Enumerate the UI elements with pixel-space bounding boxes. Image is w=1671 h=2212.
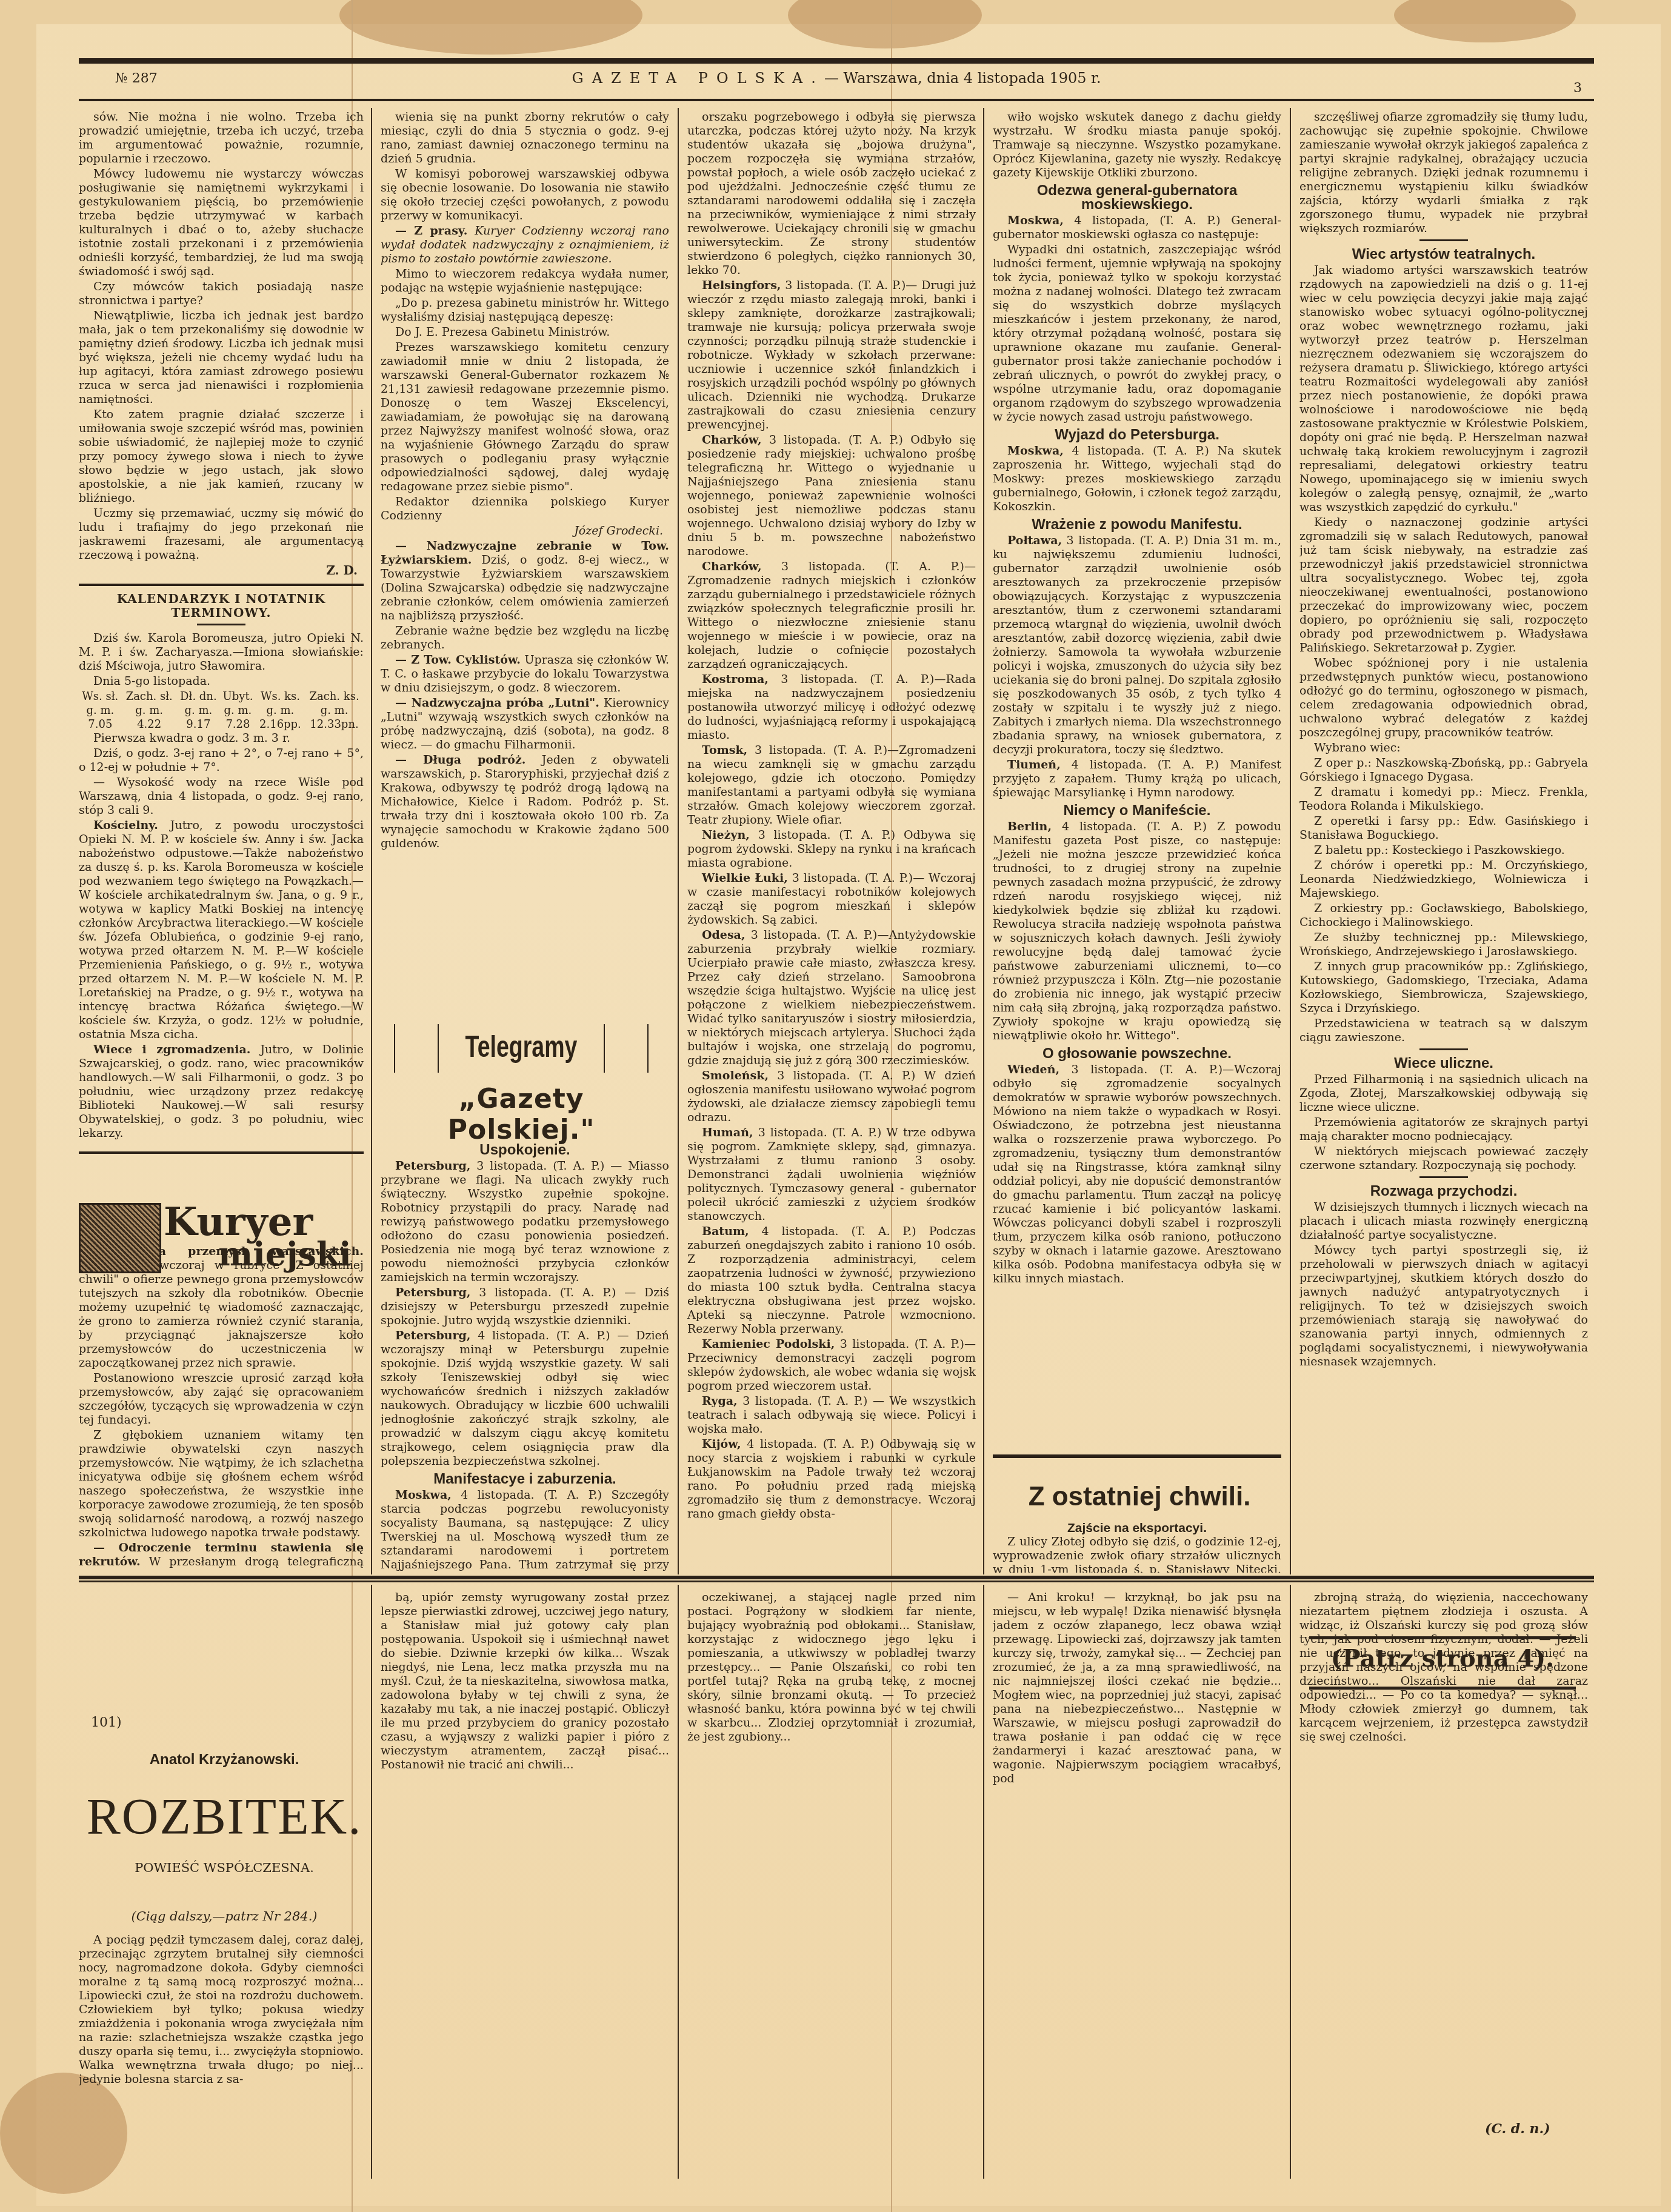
paragraph: Z baletu pp.: Kosteckiego i Paszkowskieg… <box>1299 844 1588 858</box>
section-heading: Rozwaga przychodzi. <box>1299 1184 1588 1198</box>
paragraph: W komisyi poborowej warszawskiej odbywa … <box>381 167 669 223</box>
telegram-item: Petersburg, 3 listopada. (T. A. P.) — Mi… <box>381 1159 669 1285</box>
feuilleton-col-3: oczekiwanej, a stającej nagle przed nim … <box>687 1591 976 2176</box>
press-item: — Z prasy. Kuryer Codzienny wczoraj rano… <box>381 224 669 266</box>
paragraph: Uczmy się przemawiać, uczmy się mówić do… <box>79 507 364 562</box>
installment-number: 101) <box>91 1715 122 1730</box>
newspaper-title: GAZETA POLSKA.— Warszawa, dnia 4 listopa… <box>79 70 1594 87</box>
feuilleton-col-5: zbrojną strażą, do więzienia, naccechowa… <box>1299 1591 1588 2112</box>
table-cell: g. m. <box>256 704 305 718</box>
news-item: — Nadzwyczajna próba „Lutni". Kierownicy… <box>381 696 669 752</box>
item-heading: — Odroczenie terminu stawienia się rekru… <box>79 1541 364 1568</box>
paragraph: „Do p. prezesa gabinetu ministrów hr. Wi… <box>381 296 669 324</box>
item-heading: — Nadzwyczajne zebranie w Tow. Łyżwiarsk… <box>381 539 669 567</box>
telegram-item: Humań, 3 listopada. (T. A. P.) W trze od… <box>687 1126 976 1224</box>
telegram-item: Helsingfors, 3 listopada. (T. A. P.)— Dr… <box>687 279 976 432</box>
press-signature: Józef Grodecki. <box>387 524 663 538</box>
telegram-item: Petersburg, 4 listopada. (T. A. P.) — Dz… <box>381 1329 669 1468</box>
table-cell: Zach. sł. <box>122 690 177 704</box>
telegram-item: Wypadki dni ostatnich, zaszczepiając wśr… <box>993 243 1281 424</box>
paragraph: Kiedy o naznaczonej godzinie artyści zgr… <box>1299 516 1588 655</box>
item-heading: Wiedeń, <box>1007 1063 1059 1076</box>
table-cell: Ws. sł. <box>79 690 122 704</box>
item-heading: Odesa, <box>702 928 745 942</box>
item-heading: Petersburg, <box>395 1329 470 1342</box>
paragraph: Kto zatem pragnie działać szczerze i umi… <box>79 408 364 505</box>
news-item: — Odroczenie terminu stawienia się rekru… <box>79 1541 364 1571</box>
column-1: sów. Nie można i nie wolno. Trzeba ich p… <box>79 110 364 1571</box>
novel-author: Anatol Krzyżanowski. <box>79 1751 370 1768</box>
item-heading: Ryga, <box>702 1394 738 1408</box>
paragraph: Mimo to wieczorem redakcya wydała numer,… <box>381 267 669 295</box>
news-item: — Długa podróż. Jeden z obywateli warsza… <box>381 753 669 851</box>
calendar-church: Kościelny. Jutro, z powodu uroczystości … <box>79 819 364 1042</box>
short-rule <box>1419 1048 1468 1050</box>
paragraph: sów. Nie można i nie wolno. Trzeba ich p… <box>79 110 364 166</box>
paragraph: Przemówienia agitatorów ze skrajnych par… <box>1299 1116 1588 1144</box>
feuilleton-col-2: bą, upiór zemsty wyrugowany został przez… <box>381 1591 669 2176</box>
item-heading: Petersburg, <box>395 1159 470 1173</box>
table-cell: Dł. dn. <box>177 690 220 704</box>
news-item: — Z Tow. Cyklistów. Uprasza się członków… <box>381 653 669 695</box>
calendar-day: Dnia 5-go listopada. <box>79 675 364 688</box>
table-cell: g. m. <box>220 704 256 718</box>
calendar-title: KALENDARZYK I NOTATNIK TERMINOWY. <box>79 592 364 620</box>
table-cell: Ubyt. <box>220 690 256 704</box>
telegram-section-heading: Uspokojenie. <box>381 1143 669 1157</box>
section-heading: Wiece uliczne. <box>1299 1056 1588 1070</box>
item-heading: Berlin, <box>1007 820 1052 833</box>
column-3: orszaku pogrzebowego i odbyła się pierws… <box>687 110 976 1571</box>
article-continuation: szczęśliwej ofiarze zgromadziły się tłum… <box>1299 110 1588 236</box>
item-heading: Kostroma, <box>702 673 769 686</box>
column-rule <box>371 108 372 1574</box>
table-cell: Ws. ks. <box>256 690 305 704</box>
telegram-item: Tiumeń, 4 listopada. (T. A. P.) Manifest… <box>993 758 1281 800</box>
paragraph: Jak wiadomo artyści warszawskich teatrów… <box>1299 264 1588 515</box>
telegram-item: Batum, 4 listopada. (T. A. P.) Podczas z… <box>687 1225 976 1336</box>
calendar-moon: Pierwsza kwadra o godz. 3 m. 3 r. <box>79 731 364 745</box>
table-cell: 4.22 <box>122 718 177 731</box>
paragraph: Mówcy ludowemu nie wystarczy wówczas pos… <box>79 167 364 279</box>
section-heading: O głosowanie powszechne. <box>993 1047 1281 1061</box>
continuation-note: (Ciąg dalszy,—patrz Nr 284.) <box>79 1909 370 1924</box>
paragraph: W niektórych miejscach powiewać zaczęły … <box>1299 1145 1588 1173</box>
item-heading: — Długa podróż. <box>395 753 525 767</box>
table-cell: 7.05 <box>79 718 122 731</box>
paragraph: Mówcy tych partyi spostrzegli się, iż pr… <box>1299 1244 1588 1369</box>
section-heading: Wyjazd do Petersburga. <box>993 428 1281 442</box>
item-heading: — Nadzwyczajna próba „Lutni". <box>395 696 599 710</box>
paragraph: Czy mówców takich posiadają nasze stronn… <box>79 280 364 308</box>
table-cell: g. m. <box>79 704 122 718</box>
item-heading: Tomsk, <box>702 744 747 757</box>
table-cell: 7.28 <box>220 718 256 731</box>
item-heading: Humań, <box>702 1126 753 1139</box>
section-heading: Wrażenie z powodu Manifestu. <box>993 518 1281 531</box>
short-rule <box>197 624 245 625</box>
telegram-item: Charków, 3 listopada. (T. A. P.)— Zgroma… <box>687 560 976 671</box>
item-heading: Moskwa, <box>1007 214 1064 227</box>
news-item: Z głębokiem uznaniem witamy ten prawdziw… <box>79 1428 364 1540</box>
short-rule <box>1419 1176 1468 1178</box>
paragraph: Z oper p.: Naszkowską-Zbońską, pp.: Gabr… <box>1299 756 1588 784</box>
telegram-item: Odesa, 3 listopada. (T. A. P.)—Antyżydow… <box>687 928 976 1068</box>
feuilleton-col-1: A pociąg pędził tymczasem dalej, coraz d… <box>79 1933 364 2176</box>
column-rule <box>1290 108 1291 1574</box>
paragraph: Redaktor dziennika polskiego Kuryer Codz… <box>381 495 669 523</box>
kuryer-miejski-items: — Ofiara przemysł. warszawskich. Donosil… <box>79 1245 364 1571</box>
table-cell: g. m. <box>305 704 364 718</box>
telegram-item: Połtawa, 3 listopada. (T. A. P.) Dnia 31… <box>993 534 1281 757</box>
item-heading: Charków, <box>702 560 762 573</box>
calendar-water: — Wysokość wody na rzece Wiśle pod Warsz… <box>79 776 364 818</box>
ornament-icon <box>79 1203 161 1273</box>
section-rule <box>79 1151 364 1154</box>
page-number: 3 <box>1573 81 1582 96</box>
section-rule <box>79 584 364 586</box>
table-cell: g. m. <box>177 704 220 718</box>
item-heading: Kijów, <box>702 1437 741 1451</box>
telegram-item: Berlin, 4 listopada. (T. A. P.) Z powodu… <box>993 820 1281 1043</box>
last-minute-article: Zajście na eksportacyi. Z ulicy Złotej o… <box>993 1521 1281 1573</box>
paragraph: Z innych grup pracowników pp.: Zglińskie… <box>1299 960 1588 1016</box>
paragraph: Ze służby technicznej pp.: Milewskiego, … <box>1299 931 1588 959</box>
item-heading: Charków, <box>702 433 762 447</box>
telegram-item: orszaku pogrzebowego i odbyła się pierws… <box>687 110 976 278</box>
item-heading: Smoleńsk, <box>702 1069 769 1082</box>
paragraph: wienia się na punkt zborny rekrutów o ca… <box>381 110 669 166</box>
novel-subtitle: POWIEŚĆ WSPÓŁCZESNA. <box>79 1861 370 1875</box>
column-rule <box>983 108 984 1574</box>
last-minute-banner: Z ostatniej chwili. <box>988 1482 1291 1512</box>
item-heading: Kamieniec Podolski, <box>702 1338 835 1351</box>
telegram-item: Petersburg, 3 listopada. (T. A. P.) — Dz… <box>381 1286 669 1328</box>
section-rule <box>993 1454 1281 1458</box>
editorial-signature: Z. D. <box>85 564 358 578</box>
item-heading: Połtawa, <box>1007 534 1062 547</box>
telegram-item: Moskwa, 4 listopada. (T. A. P.) Na skute… <box>993 444 1281 514</box>
calendar-saints: Dziś św. Karola Boromeusza, jutro Opieki… <box>79 631 364 673</box>
telegram-item: Wiedeń, 3 listopada. (T. A. P.)—Wczoraj … <box>993 1063 1281 1286</box>
telegram-item: Charków, 3 listopada. (T. A. P.) Odbyło … <box>687 433 976 559</box>
item-heading: — Z Tow. Cyklistów. <box>395 653 521 667</box>
paragraph: Z orkiestry pp.: Gocławskiego, Babolskie… <box>1299 902 1588 930</box>
novel-title: ROZBITEK. <box>79 1788 370 1847</box>
column-2: wienia się na punkt zborny rekrutów o ca… <box>381 110 669 1013</box>
telegram-item: Kamieniec Podolski, 3 listopada. (T. A. … <box>687 1338 976 1393</box>
paragraph: Przedstawiciena w teatrach są w dalszym … <box>1299 1017 1588 1045</box>
item-heading: Petersburg, <box>395 1286 470 1299</box>
section-heading: Wiec artystów teatralnych. <box>1299 247 1588 261</box>
paragraph: Niewątpliwie, liczba ich jednak jest bar… <box>79 309 364 407</box>
telegram-section-heading: Manifestacye i zaburzenia. <box>381 1472 669 1486</box>
kuryer-miejski-banner: Kuryer miejski <box>79 1203 364 1270</box>
telegram-item: Kostroma, 3 listopada. (T. A. P.)—Rada m… <box>687 673 976 742</box>
paragraph: Z dramatu i komedyi pp.: Miecz. Frenkla,… <box>1299 785 1588 813</box>
item-heading: Helsingfors, <box>702 279 781 292</box>
sun-moon-table: Ws. sł.Zach. sł.Dł. dn.Ubyt.Ws. ks.Zach.… <box>79 690 364 731</box>
column-rule <box>1290 1585 1291 2179</box>
item-heading: Moskwa, <box>1007 444 1064 458</box>
telegram-item: Ryga, 3 listopada. (T. A. P.) — We wszys… <box>687 1394 976 1436</box>
paragraph: Z chórów i operetki pp.: M. Orczyńskiego… <box>1299 859 1588 901</box>
paragraph: Do J. E. Prezesa Gabinetu Ministrów. <box>381 325 669 339</box>
section-heading: Niemcy o Manifeście. <box>993 804 1281 818</box>
telegram-item: Moskwa, 4 listopada. (T. A. P.) Szczegół… <box>381 1488 669 1571</box>
table-cell: 12.33pn. <box>305 718 364 731</box>
telegram-item: Tomsk, 3 listopada. (T. A. P.)—Zgromadze… <box>687 744 976 827</box>
dateline: — Warszawa, dnia 4 listopada 1905 r. <box>824 70 1101 87</box>
column-rule <box>678 1585 679 2179</box>
item-heading: Nieżyn, <box>702 828 750 842</box>
item-heading: Tiumeń, <box>1007 758 1061 771</box>
news-item: Postanowiono wreszcie uprosić zarząd koł… <box>79 1371 364 1427</box>
short-rule <box>1419 239 1468 241</box>
table-cell: Zach. ks. <box>305 690 364 704</box>
telegram-item: Wielkie Łuki, 3 listopada. (T. A. P.)— W… <box>687 871 976 927</box>
article-continuation: wiło wojsko wskutek danego z dachu giełd… <box>993 110 1281 180</box>
column-5: szczęśliwej ofiarze zgromadziły się tłum… <box>1299 110 1588 1625</box>
item-heading: Moskwa, <box>395 1488 452 1502</box>
column-rule <box>983 1585 984 2179</box>
column-rule <box>678 108 679 1574</box>
editorial-article: sów. Nie można i nie wolno. Trzeba ich p… <box>79 110 364 562</box>
column-4: wiło wojsko wskutek danego z dachu giełd… <box>993 110 1281 1413</box>
telegrams-banner: Telegramy „Gazety Polskiej." <box>388 1024 655 1127</box>
paragraph: Prezes warszawskiego komitetu cenzury za… <box>381 341 669 494</box>
paragraph: Wybrano wiec: <box>1299 741 1588 755</box>
table-cell: 9.17 <box>177 718 220 731</box>
column-rule <box>371 1585 372 2179</box>
table-cell: 2.16pp. <box>256 718 305 731</box>
table-cell: g. m. <box>122 704 177 718</box>
telegram-item: Kijów, 4 listopada. (T. A. P.) Odbywają … <box>687 1437 976 1521</box>
telegrams-column-2: Uspokojenie. Petersburg, 3 listopada. (T… <box>381 1139 669 1571</box>
telegram-item: Smoleńsk, 3 listopada. (T. A. P.) W dzie… <box>687 1069 976 1125</box>
paragraph: W dzisiejszych tłumnych i licznych wieca… <box>1299 1201 1588 1242</box>
calendar-meetings: Wiece i zgromadzenia. Jutro, w Dolinie S… <box>79 1043 364 1141</box>
masthead: № 287 GAZETA POLSKA.— Warszawa, dnia 4 l… <box>79 58 1594 101</box>
paragraph: Przed Filharmonią i na sąsiednich ulicac… <box>1299 1073 1588 1114</box>
news-item: Zebranie ważne będzie bez względu na lic… <box>381 624 669 652</box>
telegram-item: Moskwa, 4 listopada, (T. A. P.) General-… <box>993 214 1281 242</box>
to-be-continued: (C. d. n.) <box>1485 2121 1550 2137</box>
feuilleton-col-4: — Ani kroku! — krzyknął, bo jak psu na m… <box>993 1591 1281 2176</box>
section-heading: Odezwa general-gubernatora moskiewskiego… <box>993 184 1281 212</box>
calendar-temperature: Dziś, o godz. 3-ej rano + 2°, o 7-ej ran… <box>79 747 364 775</box>
paragraph: Wobec spóźnionej pory i nie ustalenia pr… <box>1299 656 1588 740</box>
paragraph: Z operetki i farsy pp.: Edw. Gasińskiego… <box>1299 815 1588 842</box>
item-heading: Wielkie Łuki, <box>702 871 788 885</box>
news-item: — Nadzwyczajne zebranie w Tow. Łyżwiarsk… <box>381 539 669 623</box>
item-heading: Batum, <box>702 1225 749 1238</box>
telegram-item: Nieżyn, 3 listopada. (T. A. P.) Odbywa s… <box>687 828 976 870</box>
